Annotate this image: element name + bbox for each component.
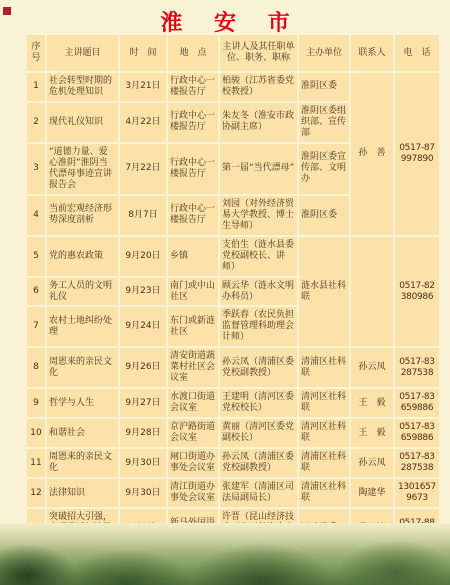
- phone-cell: 0517-83287538: [395, 348, 439, 387]
- date-cell: 9月28日: [120, 419, 166, 447]
- topic-cell: 农村土地纠纷处理: [47, 307, 118, 346]
- contact-cell: 王 毅: [351, 419, 393, 447]
- organizer-cell: 淮阴区委: [299, 196, 349, 235]
- venue-cell: 南门或中山社区: [168, 278, 218, 306]
- table-row: 8周恩来的亲民文化9月26日清安街道蔬菜村社区会议室孙云凤（清浦区委党校副教授）…: [27, 348, 439, 387]
- organizer-cell: 清河区社科联: [299, 389, 349, 417]
- phone-cell: 13016579673: [395, 479, 439, 507]
- topic-cell: 务工人员的文明礼仪: [47, 278, 118, 306]
- organizer-cell: 淮阴区委组织部、宣传部: [299, 103, 349, 142]
- topic-cell: 周恩来的亲民文化: [47, 449, 118, 477]
- serial-cell: 10: [27, 419, 45, 447]
- header-row: 序号主讲题目时 间地 点主讲人及其任职单位、职务、职称主办单位联系人电 话: [27, 35, 439, 71]
- serial-cell: 12: [27, 479, 45, 507]
- venue-cell: 行政中心一楼报告厅: [168, 144, 218, 194]
- column-header-topic: 主讲题目: [47, 35, 118, 71]
- organizer-cell: 清浦区社科联: [299, 449, 349, 477]
- serial-cell: 7: [27, 307, 45, 346]
- table-row: 1社会转型时期的危机处理知识3月21日行政中心一楼报告厅柏骏（江苏省委党校教授）…: [27, 73, 439, 101]
- table-row: 10和谐社会9月28日京沪路街道会议室黄丽（清河区委党副校长）清河区社科联王 毅…: [27, 419, 439, 447]
- topic-cell: 法律知识: [47, 479, 118, 507]
- venue-cell: 清江街道办事处会议室: [168, 479, 218, 507]
- phone-cell: 0517-87997890: [395, 73, 439, 235]
- column-header-organizer: 主办单位: [299, 35, 349, 71]
- speaker-cell: 支伯生（涟水县委党校副校长、讲师）: [220, 237, 297, 276]
- speaker-cell: 孙云凤（清浦区委党校副教授）: [220, 449, 297, 477]
- date-cell: 9月20日: [120, 237, 166, 276]
- serial-cell: 1: [27, 73, 45, 101]
- lecture-schedule-table: 序号主讲题目时 间地 点主讲人及其任职单位、职务、职称主办单位联系人电 话 1社…: [25, 33, 441, 585]
- venue-cell: 清安街道蔬菜村社区会议室: [168, 348, 218, 387]
- column-header-venue: 地 点: [168, 35, 218, 71]
- venue-cell: 行政中心一楼报告厅: [168, 73, 218, 101]
- scenery-photo-strip: [0, 523, 450, 585]
- date-cell: 9月30日: [120, 449, 166, 477]
- speaker-cell: 柏骏（江苏省委党校教授）: [220, 73, 297, 101]
- topic-cell: 周恩来的亲民文化: [47, 348, 118, 387]
- table-header: 序号主讲题目时 间地 点主讲人及其任职单位、职务、职称主办单位联系人电 话: [27, 35, 439, 71]
- speaker-cell: 朱友冬（淮安市政协副主席）: [220, 103, 297, 142]
- topic-cell: 现代礼仪知识: [47, 103, 118, 142]
- topic-cell: 当前宏观经济形势深度剖析: [47, 196, 118, 235]
- table-row: 12法律知识9月30日清江街道办事处会议室张建军（清浦区司法局副局长）清浦区社科…: [27, 479, 439, 507]
- venue-cell: 行政中心一楼报告厅: [168, 196, 218, 235]
- speaker-cell: 季跃春（农民负担监督管理科助理会计师）: [220, 307, 297, 346]
- speaker-cell: 张建军（清浦区司法局副局长）: [220, 479, 297, 507]
- date-cell: 3月21日: [120, 73, 166, 101]
- column-header-serial: 序号: [27, 35, 45, 71]
- column-header-phone: 电 话: [395, 35, 439, 71]
- venue-cell: 乡镇: [168, 237, 218, 276]
- date-cell: 9月23日: [120, 278, 166, 306]
- venue-cell: 闸口街道办事处会议室: [168, 449, 218, 477]
- serial-cell: 6: [27, 278, 45, 306]
- serial-cell: 3: [27, 144, 45, 194]
- venue-cell: 行政中心一楼报告厅: [168, 103, 218, 142]
- venue-cell: 水渡口街道会议室: [168, 389, 218, 417]
- organizer-cell: 淮阴区委宣传部、文明办: [299, 144, 349, 194]
- organizer-cell: 涟水县社科联: [299, 237, 349, 347]
- date-cell: 9月30日: [120, 479, 166, 507]
- phone-cell: 0517-83659886: [395, 389, 439, 417]
- phone-cell: 0517-83659886: [395, 419, 439, 447]
- serial-cell: 5: [27, 237, 45, 276]
- date-cell: 9月24日: [120, 307, 166, 346]
- topic-cell: 党的惠农政策: [47, 237, 118, 276]
- speaker-cell: 王建明（清河区委党校校长）: [220, 389, 297, 417]
- speaker-cell: 孙云凤（清浦区委党校副教授）: [220, 348, 297, 387]
- table-row: 11周恩来的亲民文化9月30日闸口街道办事处会议室孙云凤（清浦区委党校副教授）清…: [27, 449, 439, 477]
- topic-cell: “道德力量、爱心淮阴”淮阴当代漂母事迹宣讲报告会: [47, 144, 118, 194]
- serial-cell: 8: [27, 348, 45, 387]
- column-header-date: 时 间: [120, 35, 166, 71]
- table-row: 5党的惠农政策9月20日乡镇支伯生（涟水县委党校副校长、讲师）涟水县社科联051…: [27, 237, 439, 276]
- date-cell: 8月7日: [120, 196, 166, 235]
- contact-cell: 孙云凤: [351, 348, 393, 387]
- column-header-speaker: 主讲人及其任职单位、职务、职称: [220, 35, 297, 71]
- date-cell: 4月22日: [120, 103, 166, 142]
- speaker-cell: 顾云华（涟水文明办科员）: [220, 278, 297, 306]
- date-cell: 9月26日: [120, 348, 166, 387]
- topic-cell: 和谐社会: [47, 419, 118, 447]
- contact-cell: 王 毅: [351, 389, 393, 417]
- column-header-contact: 联系人: [351, 35, 393, 71]
- serial-cell: 2: [27, 103, 45, 142]
- contact-cell: 孙云凤: [351, 449, 393, 477]
- serial-cell: 4: [27, 196, 45, 235]
- schedule-table-container: 序号主讲题目时 间地 点主讲人及其任职单位、职务、职称主办单位联系人电 话 1社…: [25, 33, 425, 585]
- table-body: 1社会转型时期的危机处理知识3月21日行政中心一楼报告厅柏骏（江苏省委党校教授）…: [27, 73, 439, 585]
- topic-cell: 哲学与人生: [47, 389, 118, 417]
- speaker-cell: 第一届“当代漂母”: [220, 144, 297, 194]
- contact-cell: [351, 237, 393, 347]
- speaker-cell: 刘园（对外经济贸易大学教授、博士生导师）: [220, 196, 297, 235]
- speaker-cell: 黄丽（清河区委党副校长）: [220, 419, 297, 447]
- venue-cell: 东门或新涟社区: [168, 307, 218, 346]
- organizer-cell: 清浦区社科联: [299, 479, 349, 507]
- serial-cell: 9: [27, 389, 45, 417]
- organizer-cell: 清浦区社科联: [299, 348, 349, 387]
- organizer-cell: 淮阴区委: [299, 73, 349, 101]
- phone-cell: 0517-82380986: [395, 237, 439, 347]
- topic-cell: 社会转型时期的危机处理知识: [47, 73, 118, 101]
- venue-cell: 京沪路街道会议室: [168, 419, 218, 447]
- serial-cell: 11: [27, 449, 45, 477]
- date-cell: 7月22日: [120, 144, 166, 194]
- table-row: 9哲学与人生9月27日水渡口街道会议室王建明（清河区委党校校长）清河区社科联王 …: [27, 389, 439, 417]
- phone-cell: 0517-83287538: [395, 449, 439, 477]
- organizer-cell: 清河区社科联: [299, 419, 349, 447]
- date-cell: 9月27日: [120, 389, 166, 417]
- contact-cell: 陶建华: [351, 479, 393, 507]
- contact-cell: 孙 善: [351, 73, 393, 235]
